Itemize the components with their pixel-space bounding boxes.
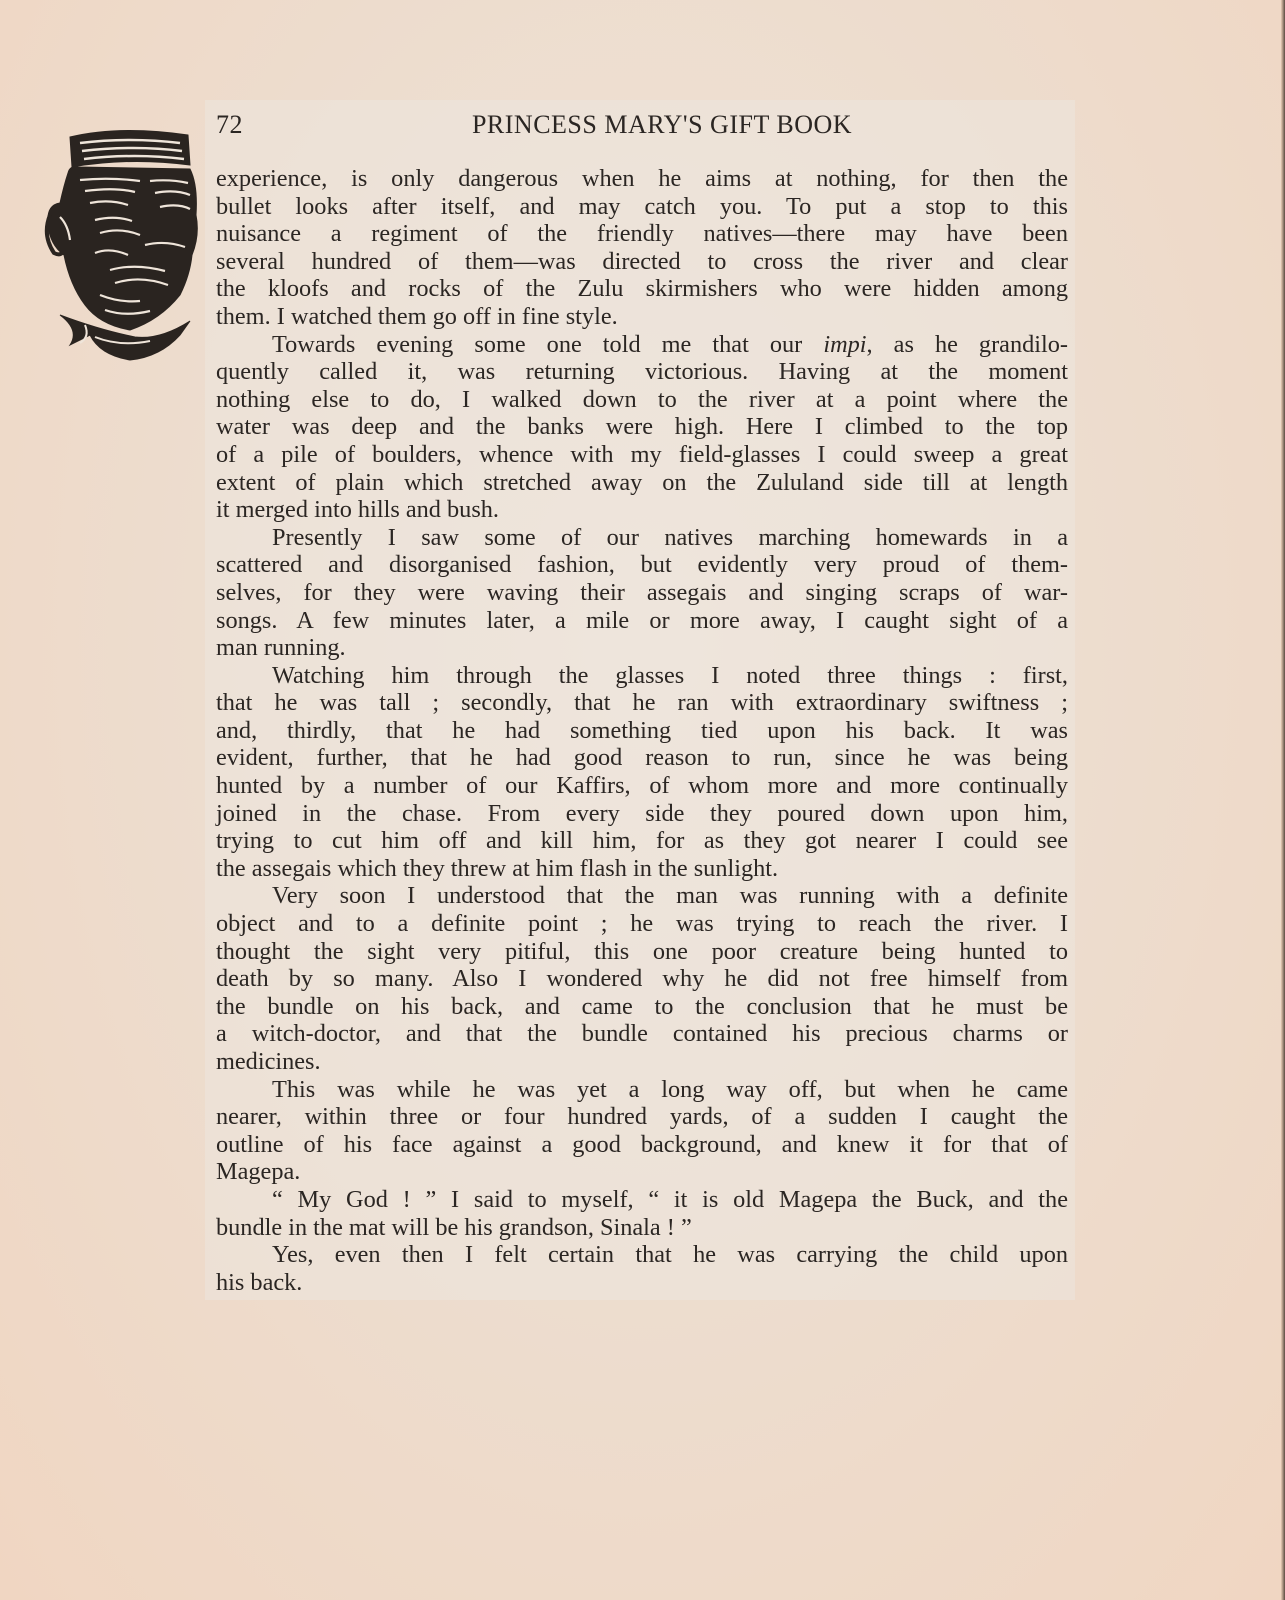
text-line: medicines. bbox=[216, 1048, 1068, 1076]
text-line: songs. A few minutes later, a mile or mo… bbox=[216, 607, 1068, 635]
running-head-title: PRINCESS MARY'S GIFT BOOK bbox=[216, 110, 1068, 140]
page-header: 72 PRINCESS MARY'S GIFT BOOK bbox=[216, 108, 1068, 144]
text-line: that he was tall ; secondly, that he ran… bbox=[216, 689, 1068, 717]
paragraph: Watching him through the glasses I noted… bbox=[216, 662, 1068, 883]
text-line: Magepa. bbox=[216, 1158, 1068, 1186]
woodcut-portrait-icon bbox=[40, 125, 200, 365]
text-line: joined in the chase. From every side the… bbox=[216, 800, 1068, 828]
text-line: bullet looks after itself, and may catch… bbox=[216, 193, 1068, 221]
text-line: thought the sight very pitiful, this one… bbox=[216, 938, 1068, 966]
text-line: death by so many. Also I wondered why he… bbox=[216, 965, 1068, 993]
text-line: his back. bbox=[216, 1269, 1068, 1297]
text-line: water was deep and the banks were high. … bbox=[216, 413, 1068, 441]
text-line: man running. bbox=[216, 634, 1068, 662]
text-line: it merged into hills and bush. bbox=[216, 496, 1068, 524]
paragraph: Presently I saw some of our natives marc… bbox=[216, 524, 1068, 662]
italic-term: impi bbox=[823, 331, 866, 358]
body-text: experience, is only dangerous when he ai… bbox=[216, 165, 1068, 1296]
text-line: several hundred of them—was directed to … bbox=[216, 248, 1068, 276]
text-line: the kloofs and rocks of the Zulu skirmis… bbox=[216, 275, 1068, 303]
paragraph: “ My God ! ” I said to myself, “ it is o… bbox=[216, 1186, 1068, 1241]
text-line: scattered and disorganised fashion, but … bbox=[216, 551, 1068, 579]
text-line: nearer, within three or four hundred yar… bbox=[216, 1103, 1068, 1131]
text-line: the bundle on his back, and came to the … bbox=[216, 993, 1068, 1021]
text-line: selves, for they were waving their asseg… bbox=[216, 579, 1068, 607]
paragraph: This was while he was yet a long way off… bbox=[216, 1076, 1068, 1186]
paragraph: Yes, even then I felt certain that he wa… bbox=[216, 1241, 1068, 1296]
text-line: quently called it, was returning victori… bbox=[216, 358, 1068, 386]
text-line: the assegais which they threw at him fla… bbox=[216, 855, 1068, 883]
text-line: nothing else to do, I walked down to the… bbox=[216, 386, 1068, 414]
page-edge-shadow bbox=[1281, 0, 1285, 1600]
text-line: hunted by a number of our Kaffirs, of wh… bbox=[216, 772, 1068, 800]
text-line: nuisance a regiment of the friendly nati… bbox=[216, 220, 1068, 248]
text-line: bundle in the mat will be his grandson, … bbox=[216, 1214, 1068, 1242]
text-line: “ My God ! ” I said to myself, “ it is o… bbox=[216, 1186, 1068, 1214]
text-line: and, thirdly, that he had something tied… bbox=[216, 717, 1068, 745]
paragraph: experience, is only dangerous when he ai… bbox=[216, 165, 1068, 331]
text-line: trying to cut him off and kill him, for … bbox=[216, 827, 1068, 855]
paragraph: Very soon I understood that the man was … bbox=[216, 882, 1068, 1075]
text-line: Yes, even then I felt certain that he wa… bbox=[216, 1241, 1068, 1269]
paragraph: Towards evening some one told me that ou… bbox=[216, 331, 1068, 524]
text-line: outline of his face against a good backg… bbox=[216, 1131, 1068, 1159]
text-line: object and to a definite point ; he was … bbox=[216, 910, 1068, 938]
text-line: a witch-doctor, and that the bundle cont… bbox=[216, 1020, 1068, 1048]
text-line: experience, is only dangerous when he ai… bbox=[216, 165, 1068, 193]
text-line: of a pile of boulders, whence with my fi… bbox=[216, 441, 1068, 469]
text-line: Presently I saw some of our natives marc… bbox=[216, 524, 1068, 552]
text-line: Watching him through the glasses I noted… bbox=[216, 662, 1068, 690]
text-line: them. I watched them go off in fine styl… bbox=[216, 303, 1068, 331]
text-line: Very soon I understood that the man was … bbox=[216, 882, 1068, 910]
text-line: This was while he was yet a long way off… bbox=[216, 1076, 1068, 1104]
text-line: Towards evening some one told me that ou… bbox=[216, 331, 1068, 359]
text-line: evident, further, that he had good reaso… bbox=[216, 744, 1068, 772]
book-page: 72 PRINCESS MARY'S GIFT BOOK bbox=[0, 0, 1285, 1600]
text-line: extent of plain which stretched away on … bbox=[216, 469, 1068, 497]
